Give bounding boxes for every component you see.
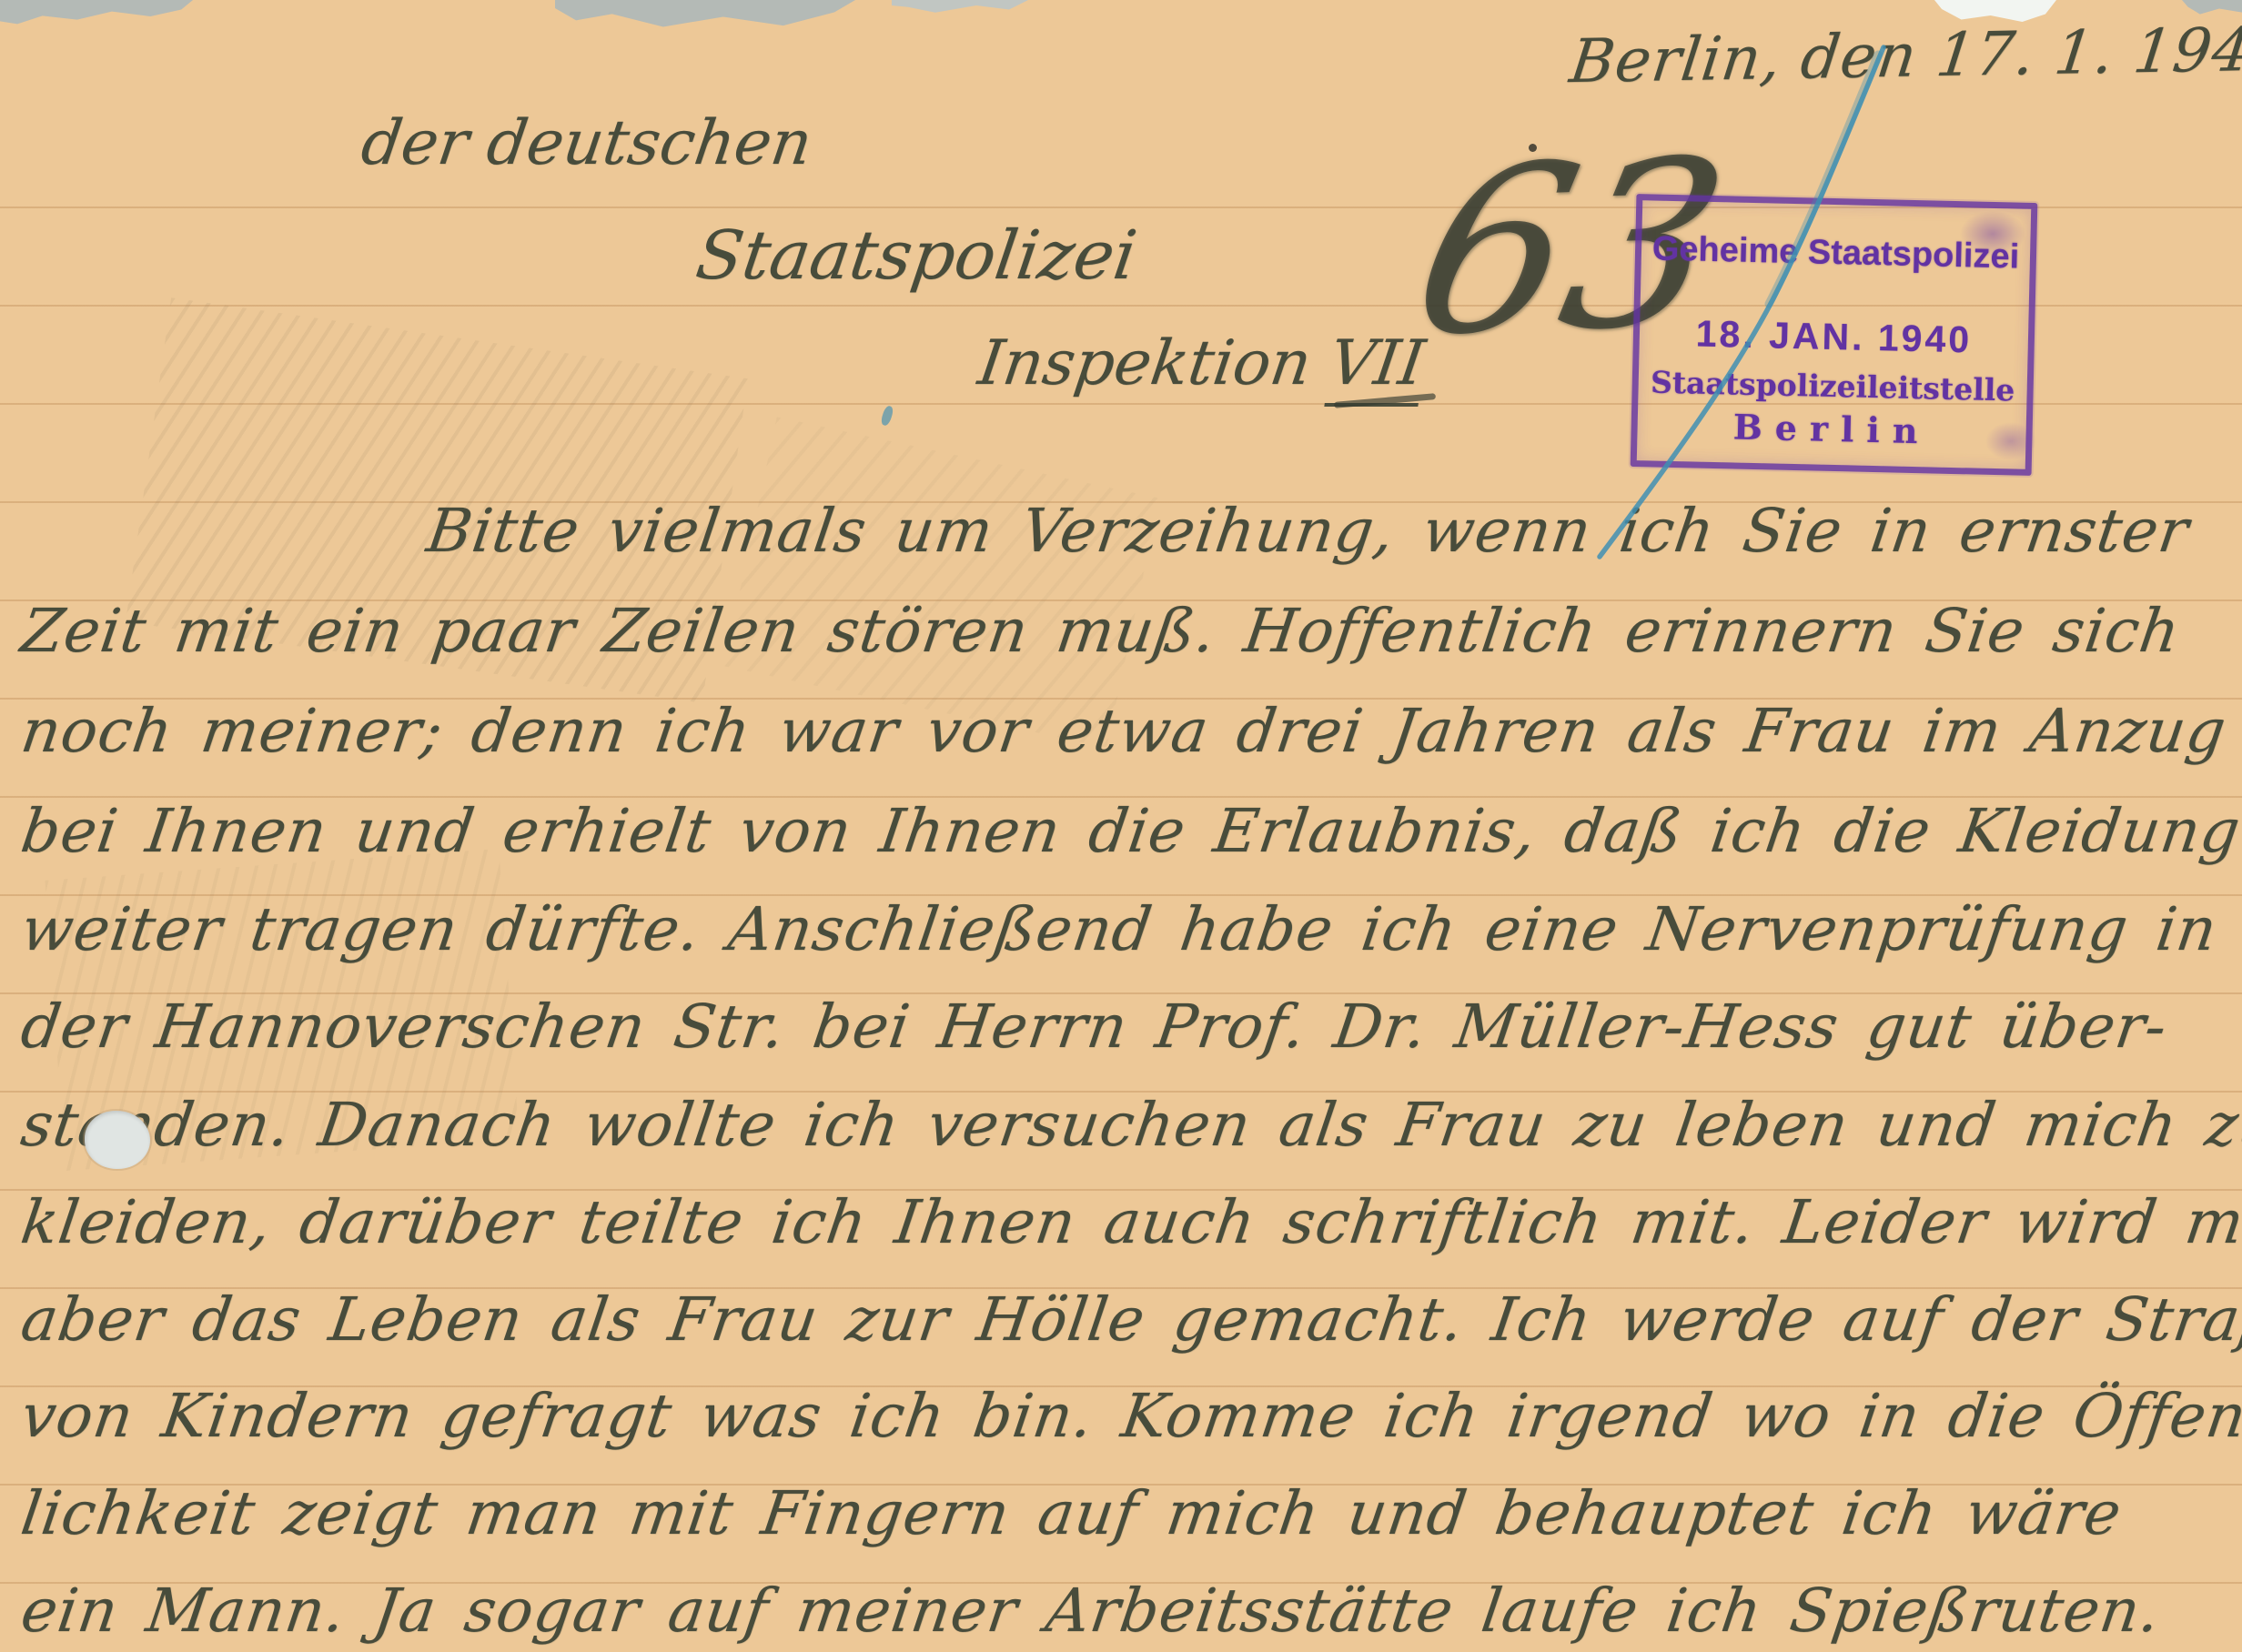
torn-edge	[555, 0, 855, 29]
recipient-line-3: Inspektion VII	[979, 327, 1424, 399]
stamp-city-line: Berlin	[1637, 404, 2026, 454]
recipient-line-1: der deutschen	[362, 107, 812, 179]
body-line: der Hannoverschen Str. bei Herrn Prof. D…	[22, 992, 2166, 1062]
body-line: bei Ihnen und erhielt von Ihnen die Erla…	[22, 796, 2240, 866]
punch-hole	[85, 1111, 150, 1169]
body-line: aber das Leben als Frau zur Hölle gemach…	[22, 1284, 2242, 1355]
body-line: kleiden, darüber teilte ich Ihnen auch s…	[22, 1187, 2242, 1257]
body-line: weiter tragen dürfte. Anschließend habe …	[22, 894, 2217, 964]
body-line: ein Mann. Ja sogar auf meiner Arbeitsstä…	[22, 1576, 2160, 1646]
body-line: standen. Danach wollte ich versuchen als…	[22, 1090, 2242, 1160]
body-line: Zeit mit ein paar Zeilen stören muß. Hof…	[22, 596, 2179, 666]
body-line: von Kindern gefragt was ich bin. Komme i…	[22, 1381, 2242, 1451]
letter-page: Berlin, den 17. 1. 1940. der deutschen S…	[0, 0, 2242, 1652]
body-line: Bitte vielmals um Verzeihung, wenn ich S…	[428, 496, 2188, 566]
stamp-date: 18. JAN. 1940	[1639, 311, 2028, 363]
gestapo-receipt-stamp: Geheime Staatspolizei 18. JAN. 1940 Staa…	[1631, 194, 2038, 476]
date-line: Berlin, den 17. 1. 1940.	[1570, 14, 2242, 96]
recipient-line-2: Staatspolizei	[697, 217, 1136, 295]
torn-edge	[892, 0, 1028, 14]
body-line: lichkeit zeigt man mit Fingern auf mich …	[22, 1478, 2121, 1548]
torn-edge	[0, 0, 193, 27]
ink-speck	[1529, 144, 1537, 152]
body-line: noch meiner; denn ich war vor etwa drei …	[22, 696, 2226, 766]
stamp-office-line: Staatspolizeileitstelle	[1638, 364, 2027, 408]
stamp-agency-line: Geheime Staatspolizei	[1641, 229, 2031, 277]
